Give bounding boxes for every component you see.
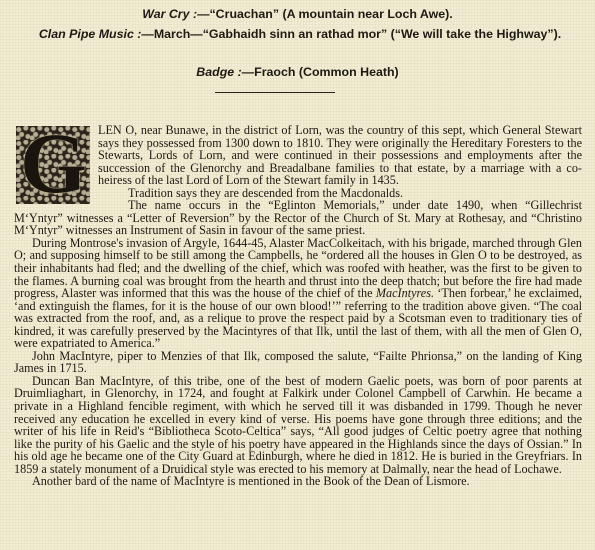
badge-text: —Fraoch (Common Heath)	[242, 65, 399, 79]
pipe-music-text: —March—“Gabhaidh sinn an rathad mor” (“W…	[141, 27, 561, 41]
war-cry-line: War Cry :—“Cruachan” (A mountain near Lo…	[0, 6, 595, 22]
badge-label: Badge :	[196, 65, 241, 79]
war-cry-label: War Cry :	[142, 7, 197, 21]
paragraph-4: During Montrose's invasion of Argyle, 16…	[14, 237, 582, 350]
section-divider	[215, 92, 335, 93]
drop-cap-letter: G	[20, 126, 87, 204]
paragraph-3: The name occurs in the “Eglinton Memoria…	[14, 199, 582, 237]
pipe-music-label: Clan Pipe Music :	[39, 27, 142, 41]
war-cry-text: —“Cruachan” (A mountain near Loch Awe).	[197, 7, 453, 21]
badge-line: Badge :—Fraoch (Common Heath)	[0, 64, 595, 80]
pipe-music-line: Clan Pipe Music :—March—“Gabhaidh sinn a…	[30, 26, 570, 42]
ornamental-drop-cap-icon: G	[16, 126, 90, 204]
paragraph-6: Duncan Ban MacIntyre, of this tribe, one…	[14, 375, 582, 475]
paragraph-text: near Bunawe, in the district of Lorn, wa…	[98, 123, 582, 187]
paragraph-5: John MacIntyre, piper to Menzies of that…	[14, 350, 582, 375]
paragraph-7: Another bard of the name of MacIntyre is…	[14, 475, 582, 488]
paragraph-1: LEN O, near Bunawe, in the district of L…	[14, 124, 582, 187]
article-body: G LEN O, near Bunawe, in the district of…	[14, 124, 582, 488]
